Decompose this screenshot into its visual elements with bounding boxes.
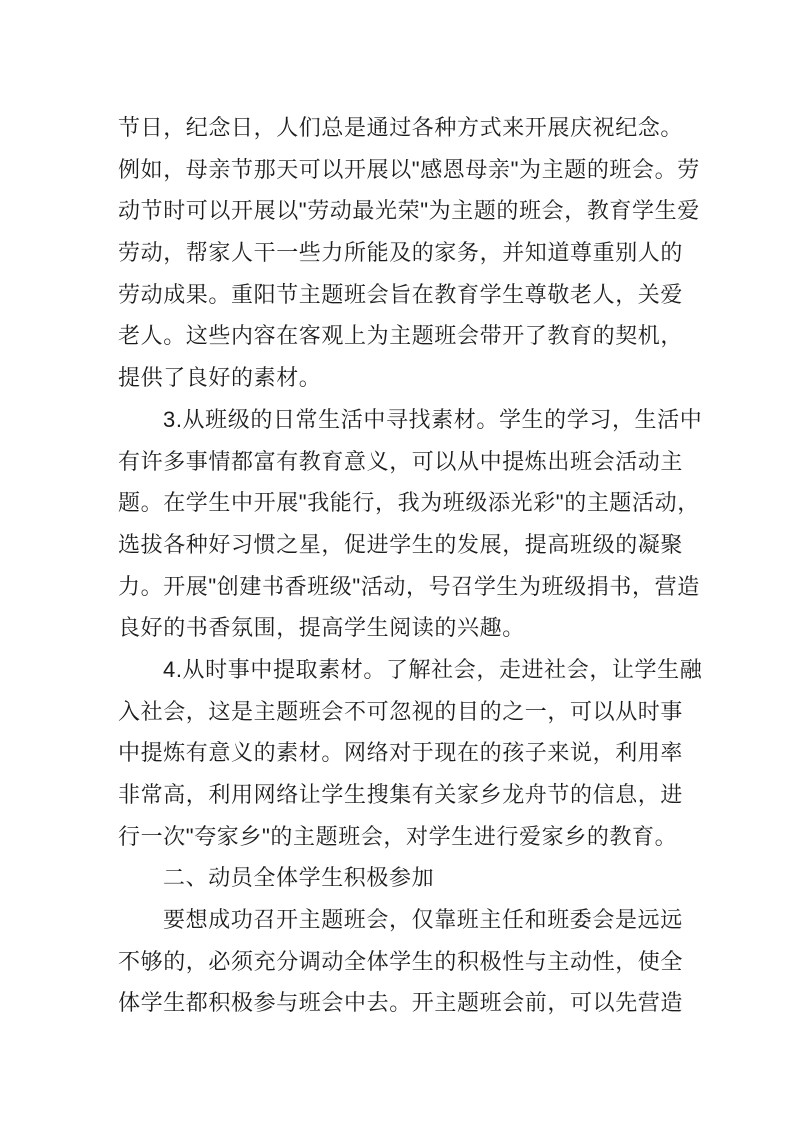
text-line: 题。在学生中开展"我能行，我为班级添光彩"的主题活动，	[118, 482, 693, 524]
text-line: 提供了良好的素材。	[118, 357, 693, 399]
paragraph: 节日，纪念日，人们总是通过各种方式来开展庆祝纪念。例如，母亲节那天可以开展以"感…	[118, 107, 693, 399]
text-line: 体学生都积极参与班会中去。开主题班会前，可以先营造	[118, 982, 693, 1024]
text-line: 入社会，这是主题班会不可忽视的目的之一，可以从时事	[118, 691, 693, 733]
text-line: 中提炼有意义的素材。网络对于现在的孩子来说，利用率	[118, 732, 693, 774]
paragraph: 二、动员全体学生积极参加	[118, 857, 693, 899]
text-line: 例如，母亲节那天可以开展以"感恩母亲"为主题的班会。劳	[118, 149, 693, 191]
text-line: 劳动，帮家人干一些力所能及的家务，并知道尊重别人的	[118, 232, 693, 274]
text-line: 3.从班级的日常生活中寻找素材。学生的学习，生活中	[118, 399, 693, 441]
text-line: 有许多事情都富有教育意义，可以从中提炼出班会活动主	[118, 441, 693, 483]
text-line: 选拔各种好习惯之星，促进学生的发展，提高班级的凝聚	[118, 524, 693, 566]
text-line: 良好的书香氛围，提高学生阅读的兴趣。	[118, 607, 693, 649]
text-line: 行一次"夸家乡"的主题班会，对学生进行爱家乡的教育。	[118, 816, 693, 858]
text-line: 不够的，必须充分调动全体学生的积极性与主动性，使全	[118, 941, 693, 983]
text-line: 力。开展"创建书香班级"活动，号召学生为班级捐书，营造	[118, 566, 693, 608]
text-line: 劳动成果。重阳节主题班会旨在教育学生尊敬老人，关爱	[118, 274, 693, 316]
text-line: 老人。这些内容在客观上为主题班会带开了教育的契机，	[118, 315, 693, 357]
paragraph: 要想成功召开主题班会，仅靠班主任和班委会是远远不够的，必须充分调动全体学生的积极…	[118, 899, 693, 1024]
text-line: 节日，纪念日，人们总是通过各种方式来开展庆祝纪念。	[118, 107, 693, 149]
document-page: 节日，纪念日，人们总是通过各种方式来开展庆祝纪念。例如，母亲节那天可以开展以"感…	[0, 0, 793, 1122]
text-line: 二、动员全体学生积极参加	[118, 857, 693, 899]
text-line: 要想成功召开主题班会，仅靠班主任和班委会是远远	[118, 899, 693, 941]
text-line: 动节时可以开展以"劳动最光荣"为主题的班会，教育学生爱	[118, 190, 693, 232]
document-body: 节日，纪念日，人们总是通过各种方式来开展庆祝纪念。例如，母亲节那天可以开展以"感…	[118, 107, 693, 1024]
text-line: 4.从时事中提取素材。了解社会，走进社会，让学生融	[118, 649, 693, 691]
paragraph: 3.从班级的日常生活中寻找素材。学生的学习，生活中有许多事情都富有教育意义，可以…	[118, 399, 693, 649]
text-line: 非常高，利用网络让学生搜集有关家乡龙舟节的信息，进	[118, 774, 693, 816]
paragraph: 4.从时事中提取素材。了解社会，走进社会，让学生融入社会，这是主题班会不可忽视的…	[118, 649, 693, 857]
